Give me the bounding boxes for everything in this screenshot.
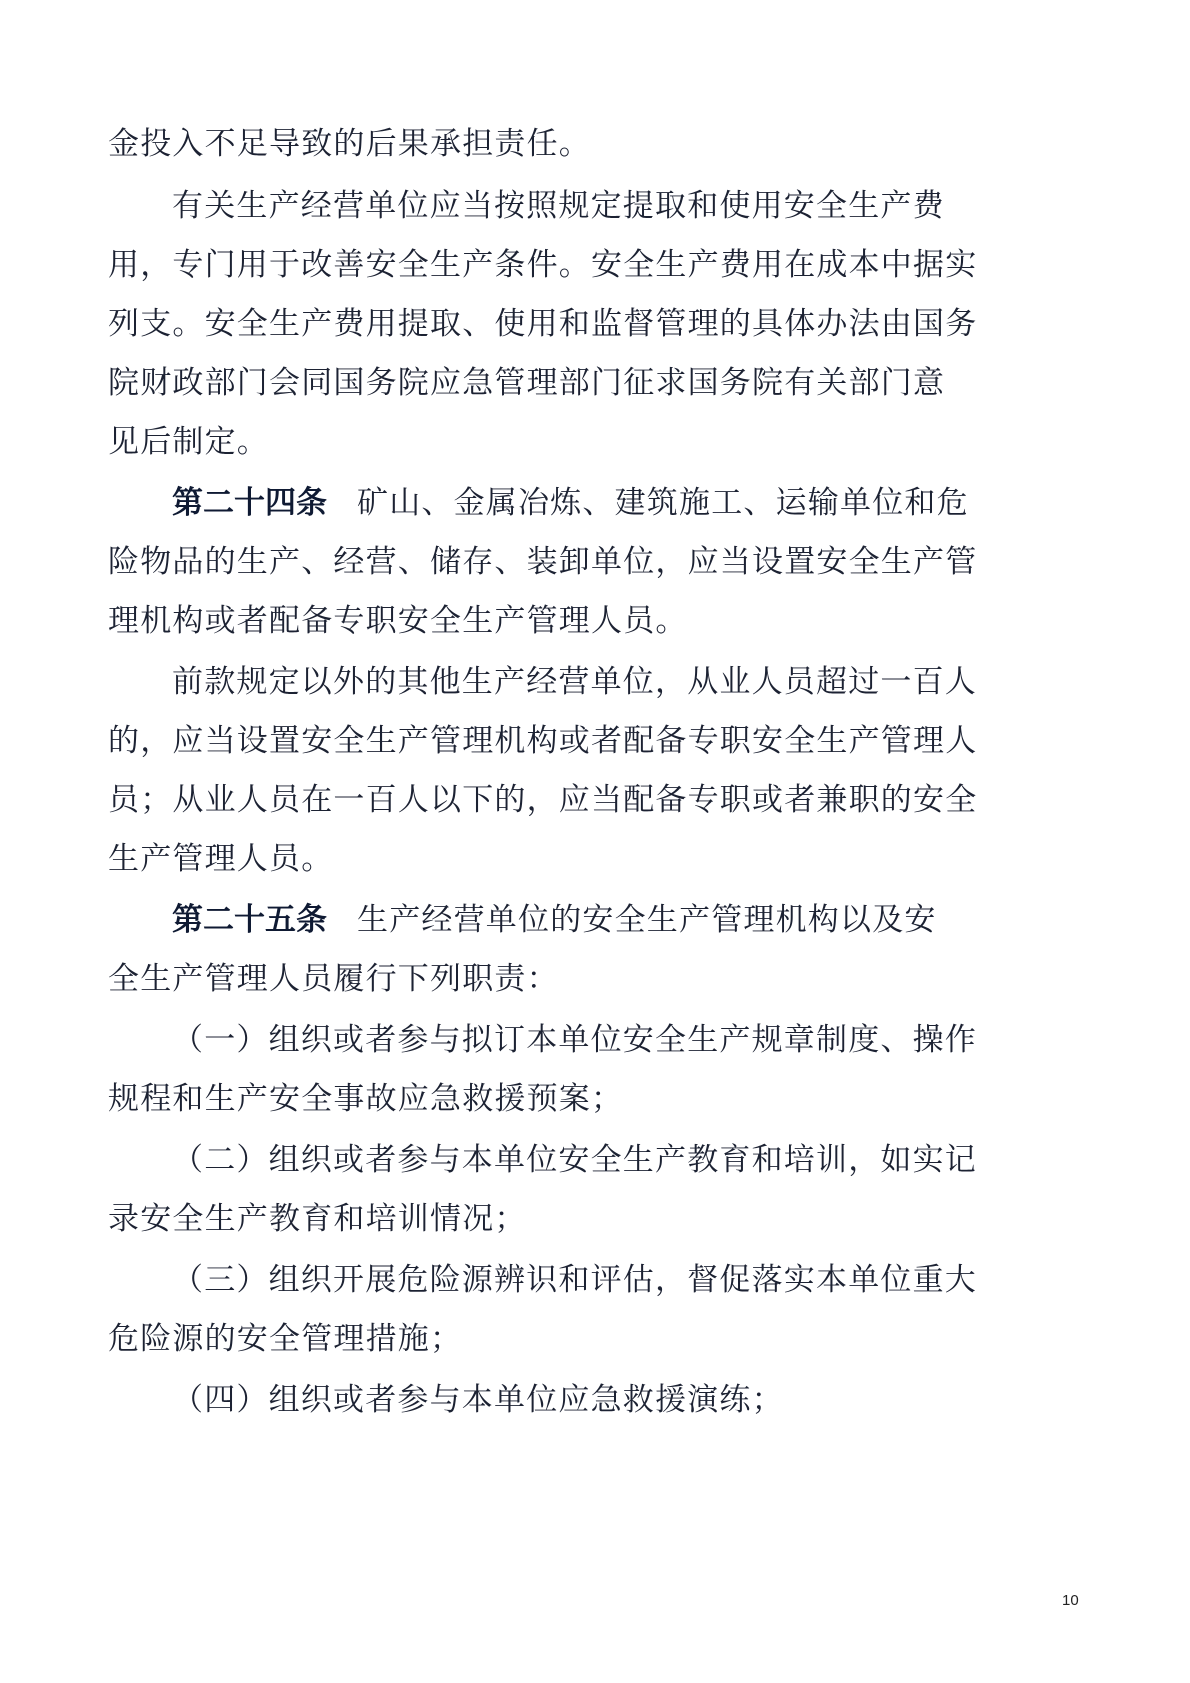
text-line: 规程和生产安全事故应急救援预案；: [108, 1079, 1008, 1119]
article-25-line: 第二十五条生产经营单位的安全生产管理机构以及安: [172, 900, 1072, 940]
article-24-line: 第二十四条矿山、金属冶炼、建筑施工、运输单位和危: [172, 483, 1072, 523]
list-item-1: （一）组织或者参与拟订本单位安全生产规章制度、操作: [172, 1020, 1072, 1060]
paragraph-start: 前款规定以外的其他生产经营单位，从业人员超过一百人: [172, 662, 1072, 702]
text-line: 的，应当设置安全生产管理机构或者配备专职安全生产管理人: [108, 721, 1008, 761]
text-line: 见后制定。: [108, 422, 1008, 462]
list-item-2: （二）组织或者参与本单位安全生产教育和培训，如实记: [172, 1140, 1072, 1180]
article-heading: 第二十四条: [172, 485, 327, 521]
text-line: 员；从业人员在一百人以下的，应当配备专职或者兼职的安全: [108, 780, 1008, 820]
document-page: 金投入不足导致的后果承担责任。 有关生产经营单位应当按照规定提取和使用安全生产费…: [0, 0, 1190, 1683]
text-line: 院财政部门会同国务院应急管理部门征求国务院有关部门意: [108, 363, 1008, 403]
text-line: 理机构或者配备专职安全生产管理人员。: [108, 601, 1008, 641]
page-number: 10: [1062, 1592, 1079, 1609]
article-text: 生产经营单位的安全生产管理机构以及安: [357, 902, 937, 938]
paragraph-start: 有关生产经营单位应当按照规定提取和使用安全生产费: [172, 186, 1072, 226]
list-item-4: （四）组织或者参与本单位应急救援演练；: [172, 1380, 1072, 1420]
text-line: 金投入不足导致的后果承担责任。: [108, 124, 1008, 164]
text-line: 危险源的安全管理措施；: [108, 1319, 1008, 1359]
list-item-3: （三）组织开展危险源辨识和评估，督促落实本单位重大: [172, 1260, 1072, 1300]
text-line: 险物品的生产、经营、储存、装卸单位，应当设置安全生产管: [108, 542, 1008, 582]
text-line: 录安全生产教育和培训情况；: [108, 1199, 1008, 1239]
article-heading: 第二十五条: [172, 902, 327, 938]
text-line: 列支。安全生产费用提取、使用和监督管理的具体办法由国务: [108, 304, 1008, 344]
text-line: 生产管理人员。: [108, 839, 1008, 879]
text-line: 用，专门用于改善安全生产条件。安全生产费用在成本中据实: [108, 245, 1008, 285]
article-text: 矿山、金属冶炼、建筑施工、运输单位和危: [357, 485, 969, 521]
text-line: 全生产管理人员履行下列职责：: [108, 959, 1008, 999]
